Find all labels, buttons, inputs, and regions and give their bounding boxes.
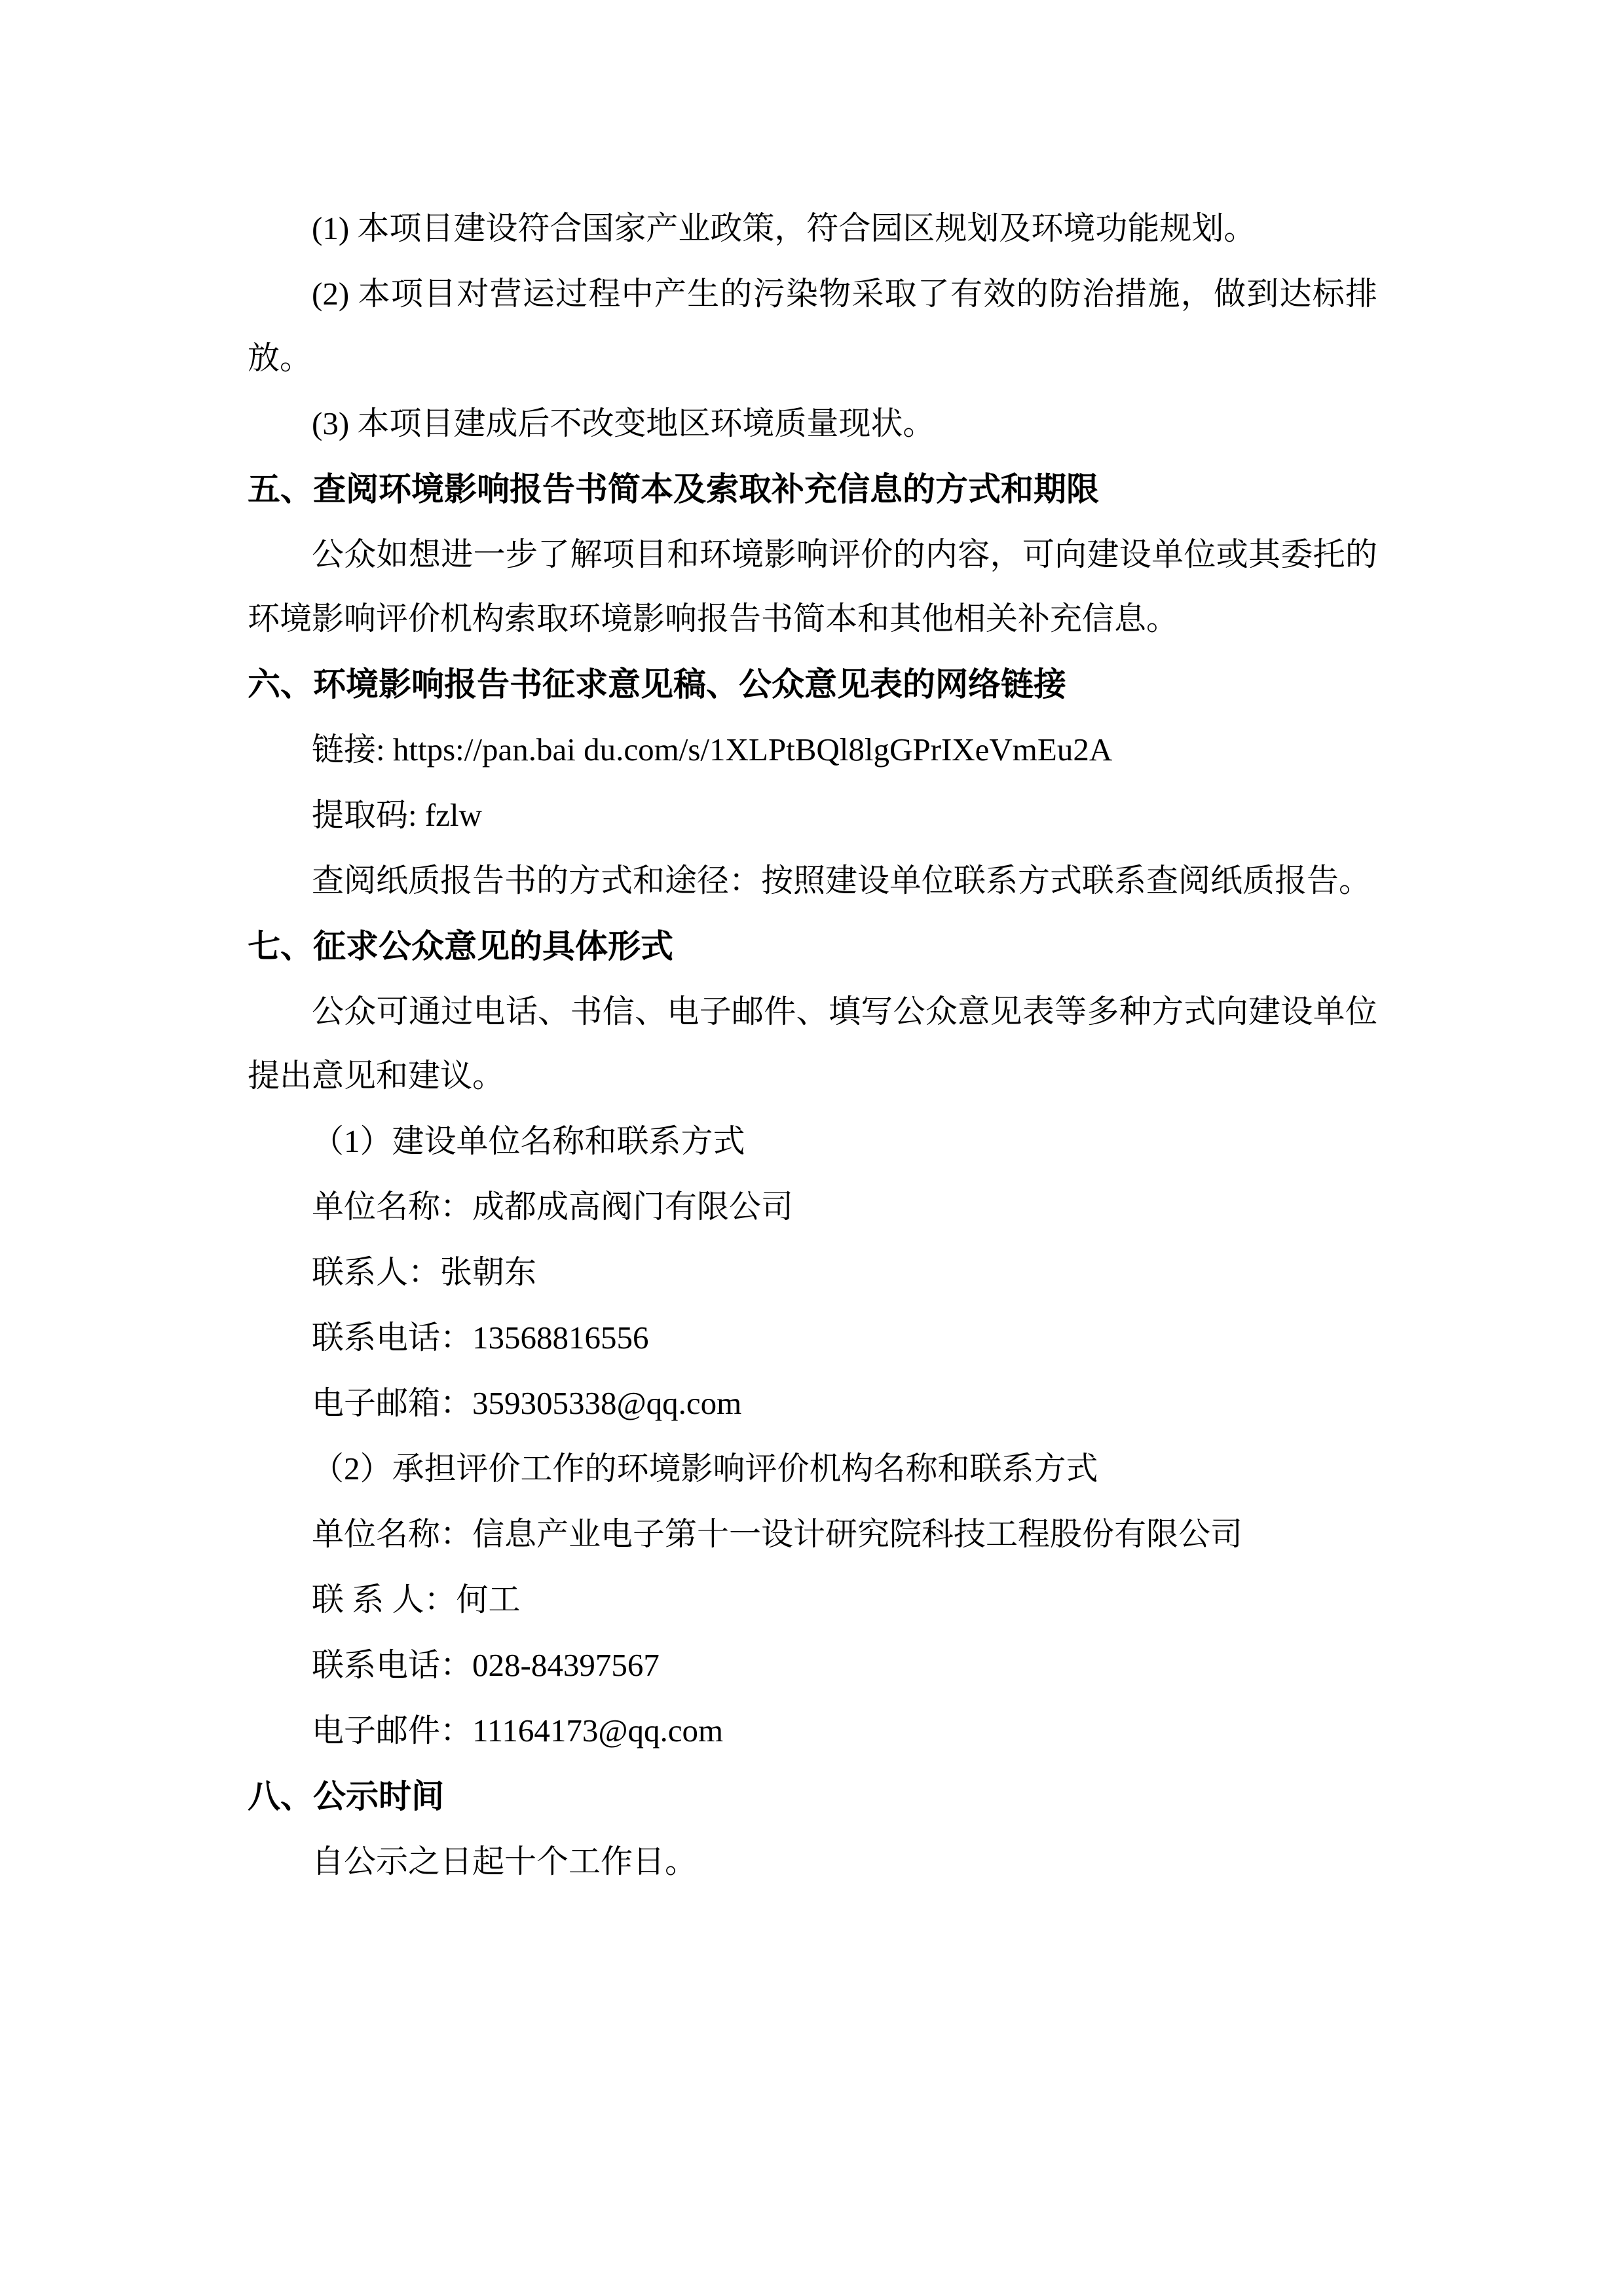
section-6-heading: 六、环境影响报告书征求意见稿、公众意见表的网络链接	[248, 652, 1377, 716]
eia-agency-name-line: 单位名称：信息产业电子第十一设计研究院科技工程股份有限公司	[248, 1502, 1377, 1566]
construction-unit-phone-line: 联系电话：13568816556	[248, 1306, 1377, 1370]
report-link-line: 链接: https://pan.bai du.com/s/1XLPtBQl8lg…	[248, 718, 1377, 782]
conclusion-point-1: (1) 本项目建设符合国家产业政策，符合园区规划及环境功能规划。	[248, 196, 1377, 261]
eia-agency-subheading: （2）承担评价工作的环境影响评价机构名称和联系方式	[248, 1437, 1377, 1501]
document-body: (1) 本项目建设符合国家产业政策，符合园区规划及环境功能规划。(2) 本项目对…	[248, 196, 1377, 1895]
document-page: (1) 本项目建设符合国家产业政策，符合园区规划及环境功能规划。(2) 本项目对…	[0, 0, 1623, 2296]
section-7-heading: 七、征求公众意见的具体形式	[248, 914, 1377, 978]
construction-unit-name-line: 单位名称：成都成高阀门有限公司	[248, 1175, 1377, 1239]
construction-unit-email-line: 电子邮箱：359305338@qq.com	[248, 1371, 1377, 1435]
eia-agency-email-line: 电子邮件：11164173@qq.com	[248, 1699, 1377, 1763]
eia-agency-contact-line: 联 系 人：何工	[248, 1568, 1377, 1632]
conclusion-point-2: (2) 本项目对营运过程中产生的污染物采取了有效的防治措施，做到达标排放。	[248, 262, 1377, 390]
construction-unit-subheading: （1）建设单位名称和联系方式	[248, 1109, 1377, 1174]
paper-report-access-line: 查阅纸质报告书的方式和途径：按照建设单位联系方式联系查阅纸质报告。	[248, 849, 1377, 913]
section-7-paragraph: 公众可通过电话、书信、电子邮件、填写公众意见表等多种方式向建设单位提出意见和建议…	[248, 980, 1377, 1108]
section-5-heading: 五、查阅环境影响报告书简本及索取补充信息的方式和期限	[248, 457, 1377, 521]
section-8-heading: 八、公示时间	[248, 1764, 1377, 1828]
conclusion-point-3: (3) 本项目建成后不改变地区环境质量现状。	[248, 392, 1377, 456]
construction-unit-contact-line: 联系人：张朝东	[248, 1240, 1377, 1305]
extraction-code-line: 提取码: fzlw	[248, 783, 1377, 847]
eia-agency-phone-line: 联系电话：028-84397567	[248, 1633, 1377, 1697]
section-8-paragraph: 自公示之日起十个工作日。	[248, 1830, 1377, 1894]
section-5-paragraph: 公众如想进一步了解项目和环境影响评价的内容，可向建设单位或其委托的环境影响评价机…	[248, 523, 1377, 651]
